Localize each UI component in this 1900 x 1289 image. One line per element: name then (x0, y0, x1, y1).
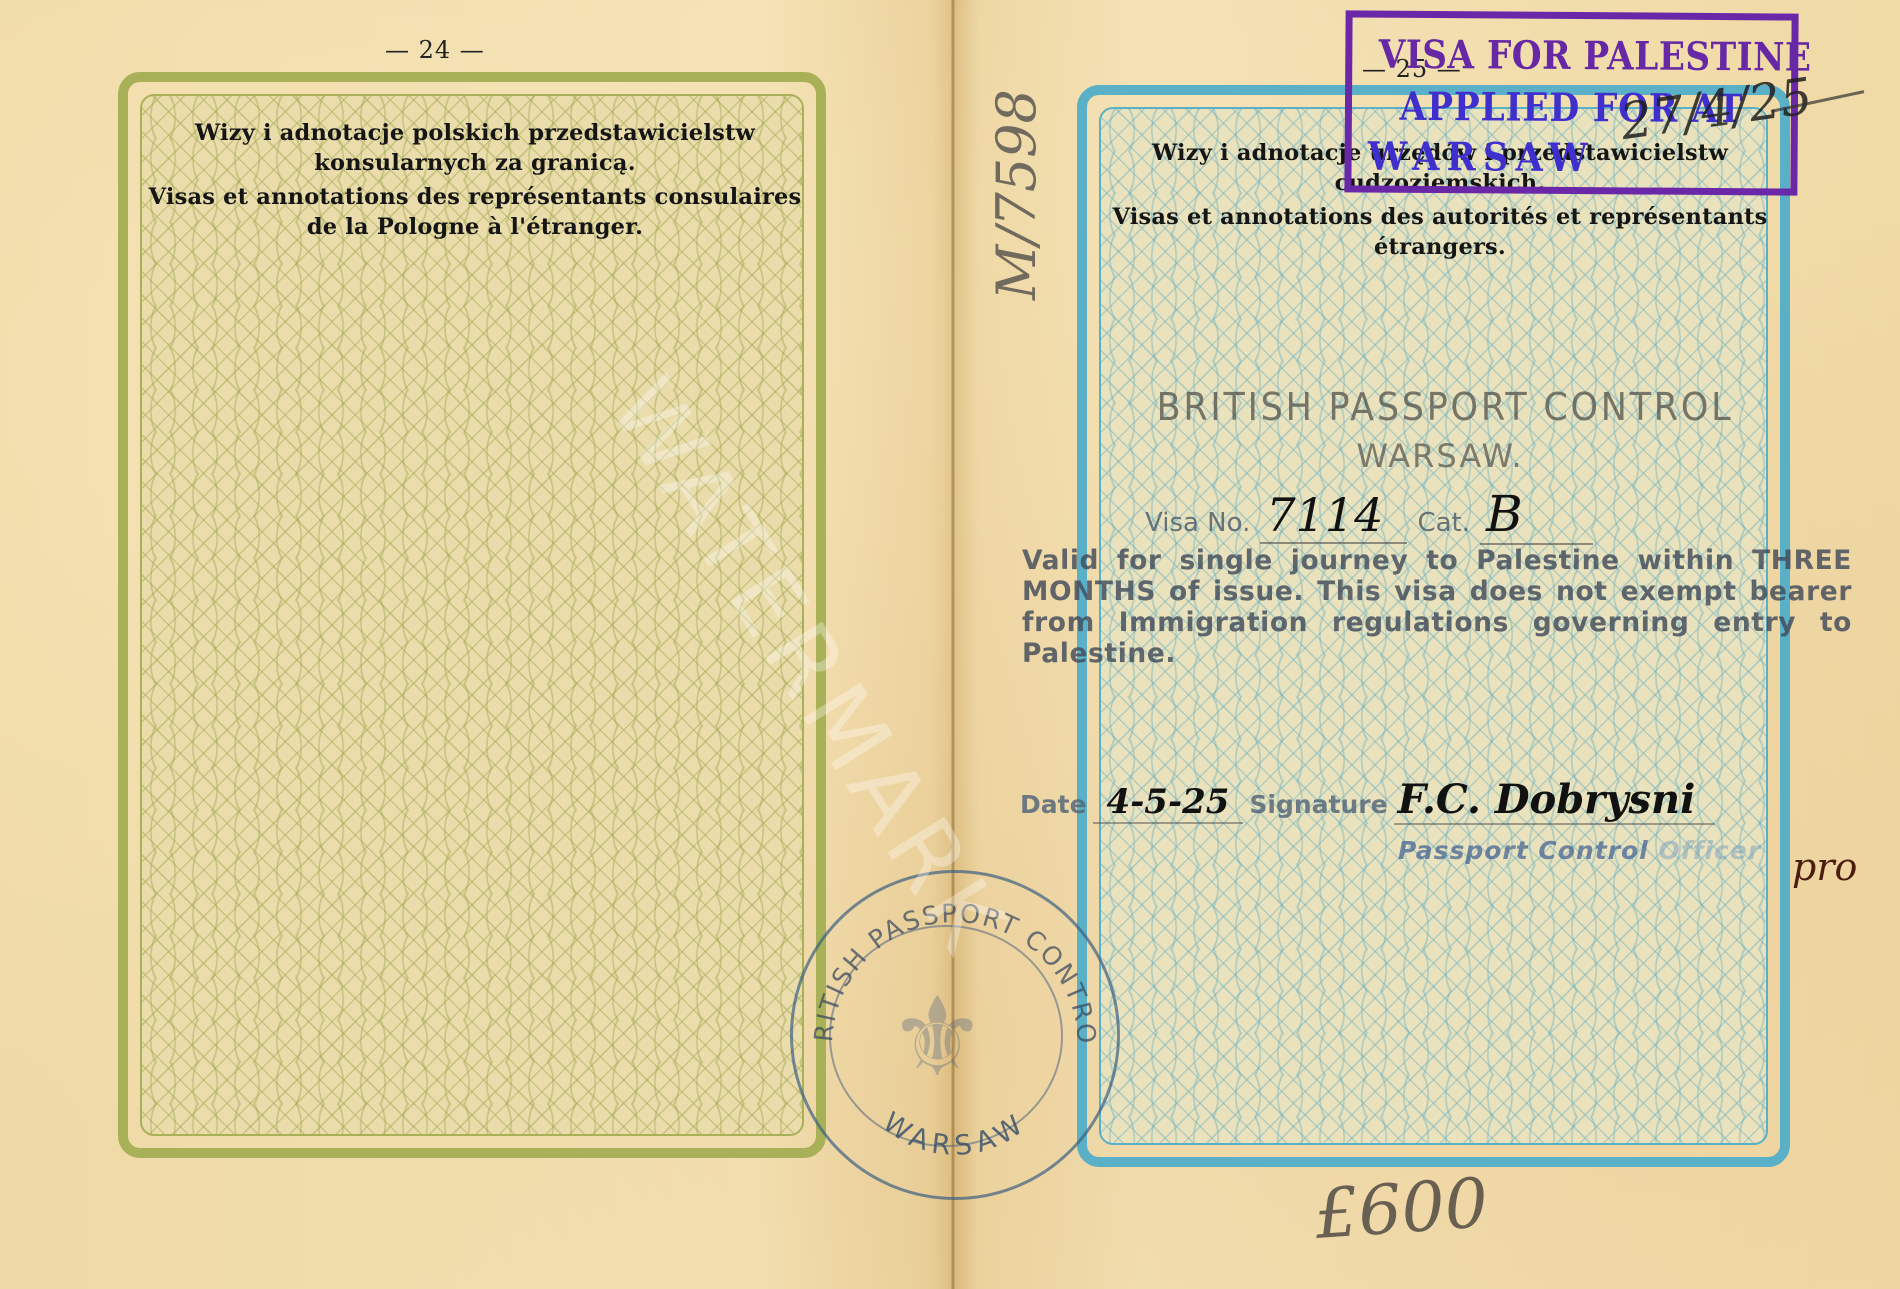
visa-no-label: Visa No. (1145, 508, 1250, 538)
visa-number-line: Visa No. 7114 Cat. B (1145, 485, 1593, 545)
signature-value: F.C. Dobrysni (1394, 776, 1716, 825)
visa-no-value: 7114 (1260, 488, 1407, 544)
heading-polish: Wizy i adnotacje polskich przedstawiciel… (140, 118, 810, 178)
left-page-heading: Wizy i adnotacje polskich przedstawiciel… (140, 118, 810, 242)
officer-annotation: pro (1792, 845, 1857, 889)
officer-title: Passport Control Officer (1398, 836, 1761, 865)
stamp-text-top: BRITISH PASSPORT CONTROL (793, 873, 1101, 1046)
pencil-reference-note: M/7598 (985, 89, 1048, 300)
visa-validity-text: Valid for single journey to Palestine wi… (1022, 545, 1852, 669)
category-label: Cat. (1417, 508, 1470, 538)
visa-city: WARSAW. (1300, 437, 1580, 475)
svg-text:BRITISH PASSPORT CONTROL: BRITISH PASSPORT CONTROL (793, 873, 1101, 1046)
date-signature-line: Date 4-5-25 Signature F.C. Dobrysni (1020, 776, 1715, 825)
guilloche-pattern-green (140, 94, 804, 1136)
officer-title-b: Officer (1658, 836, 1761, 865)
heading-french: Visas et annotations des autorités et re… (1110, 202, 1770, 262)
officer-title-a: Passport Control (1398, 836, 1649, 865)
visa-authority: BRITISH PASSPORT CONTROL (1114, 385, 1776, 429)
date-value: 4-5-25 (1093, 782, 1244, 824)
pencil-amount-note: £600 (1312, 1164, 1490, 1255)
stamp-text-bottom: WARSAW (877, 1106, 1033, 1162)
page-number-left: — 24 — (385, 36, 485, 64)
stamp-circular-text: BRITISH PASSPORT CONTROL WARSAW (793, 873, 1117, 1197)
date-label: Date (1020, 790, 1087, 819)
round-passport-control-stamp: ⚜ BRITISH PASSPORT CONTROL WARSAW (790, 870, 1120, 1200)
heading-french: Visas et annotations des représentants c… (140, 182, 810, 242)
category-value: B (1480, 485, 1593, 545)
signature-label: Signature (1249, 790, 1387, 819)
svg-text:WARSAW: WARSAW (877, 1106, 1033, 1162)
stamp-line-1: VISA FOR PALESTINE (1379, 32, 1766, 81)
